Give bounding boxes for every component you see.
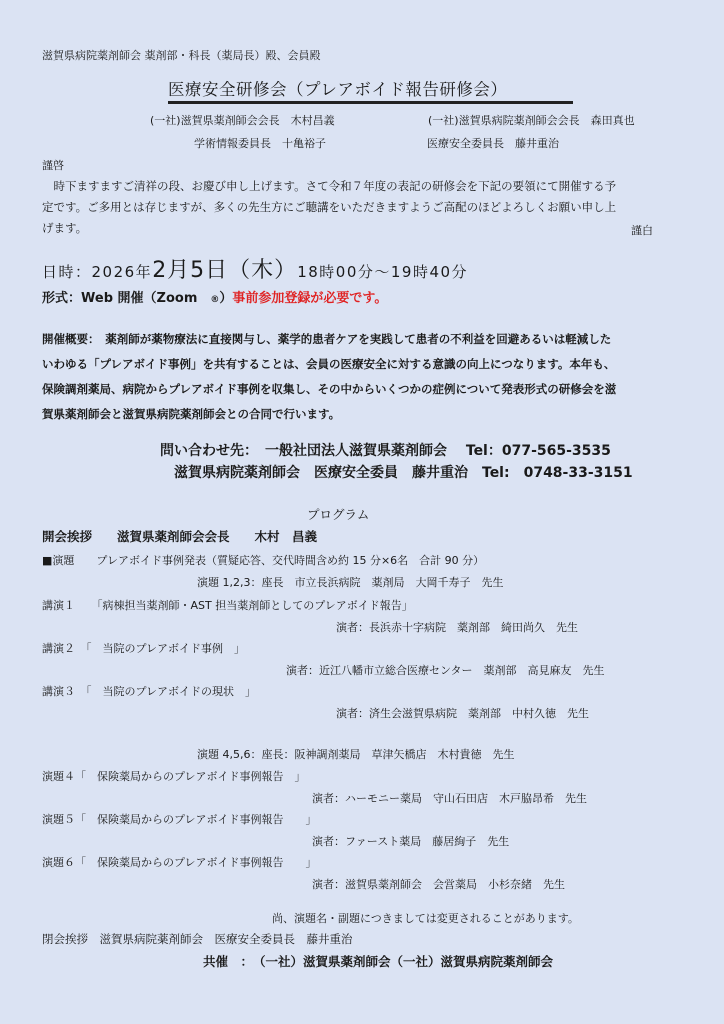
contact-line-1: 問い合わせ先： 一般社団法人滋賀県薬剤師会 Tel：077-565-3535 [160,440,611,460]
signer-right-1: (一社)滋賀県病院薬剤師会会長 森田真也 [428,112,635,128]
overview-line-4: 賀県薬剤師会と滋賀県病院薬剤師会との合同で行います。 [42,402,687,427]
talk-1-speaker: 演者：長浜赤十字病院 薬剤部 綺田尚久 先生 [336,619,578,635]
cohost-line: 共催 ： （一社）滋賀県薬剤師会（一社）滋賀県病院薬剤師会 [203,952,553,970]
chair-2: 演題 4,5,6：座長：阪神調剤薬局 草津矢橋店 木村貴徳 先生 [197,746,514,762]
talk-2-title: 講演２ 「 当院のプレアボイド事例 」 [42,640,245,656]
overview-section: 開催概要： 薬剤師が薬物療法に直接関与し、薬学的患者ケアを実践して患者の不利益を… [42,327,687,427]
letter-body-line-2: 定です。ご多用とは存じますが、多くの先生方にご聴講をいただきますようご高配のほど… [42,197,682,218]
format-label: 形式：Web 開催（Zoom [42,291,210,306]
talk-4-speaker: 演者：ハーモニー薬局 守山石田店 木戸脇昂希 先生 [312,790,587,806]
session-header: ■演題 プレアボイド事例発表（質疑応答、交代時間含め約 15 分×6名 合計 9… [42,552,484,568]
letter-body-line-3: げます。 [42,218,682,239]
overview-line-3: 保険調剤薬局、病院からプレアボイド事例を収集し、その中からいくつかの症例について… [42,377,687,402]
overview-line-2: いわゆる「プレアボイド事例」を共有することは、会員の医療安全に対する意識の向上に… [42,352,687,377]
registered-mark-icon: ® [210,295,219,305]
document-title: 医療安全研修会（プレアボイド報告研修会） [168,76,573,104]
program-heading: プログラム [307,505,369,523]
talk-6-title: 演題６「 保険薬局からのプレアボイド事例報告 」 [42,854,317,870]
letter-body: 時下ますますご清祥の段、お慶び申し上げます。さて令和７年度の表記の研修会を下記の… [42,176,682,239]
event-date: 日時：2026年2月5日（木）18時00分～19時40分 [42,253,468,284]
event-format: 形式：Web 開催（Zoom ®）事前参加登録が必要です。 [42,287,387,306]
talk-4-title: 演題４「 保険薬局からのプレアボイド事例報告 」 [42,768,306,784]
talk-5-title: 演題５「 保険薬局からのプレアボイド事例報告 」 [42,811,317,827]
chair-1: 演題 1,2,3：座長 市立長浜病院 薬剤局 大岡千寿子 先生 [197,574,503,590]
talk-5-speaker: 演者：ファースト薬局 藤居絢子 先生 [312,833,509,849]
date-label: 日時：2026年 [42,263,152,281]
letter-closing: 謹白 [631,222,653,238]
signer-right-2: 医療安全委員長 藤井重治 [427,135,559,151]
registration-notice: 事前参加登録が必要です。 [232,291,387,306]
format-close: ） [219,291,232,306]
signer-left-2: 学術情報委員長 十亀裕子 [194,135,326,151]
change-notice: 尚、演題名・副題につきましては変更されることがあります。 [272,910,579,926]
contact-line-2: 滋賀県病院薬剤師会 医療安全委員 藤井重治 Tel: 0748-33-3151 [174,462,633,482]
talk-6-speaker: 演者：滋賀県薬剤師会 会営薬局 小杉奈緒 先生 [312,876,565,892]
talk-3-title: 講演３ 「 当院のプレアボイドの現状 」 [42,683,256,699]
date-main: 2月5日（木） [152,258,297,283]
opening-remarks: 開会挨拶 滋賀県薬剤師会会長 木村 昌義 [42,527,317,545]
talk-2-speaker: 演者：近江八幡市立総合医療センター 薬剤部 高見麻友 先生 [286,662,605,678]
signer-left-1: (一社)滋賀県薬剤師会会長 木村昌義 [150,112,335,128]
event-time: 18時00分～19時40分 [297,263,468,281]
talk-1-title: 講演１ 「病棟担当薬剤師・AST 担当薬剤師としてのプレアボイド報告」 [42,597,413,613]
recipient-line: 滋賀県病院薬剤師会 薬剤部・科長（薬局長）殿、会員殿 [42,47,321,63]
letter-body-line-1: 時下ますますご清祥の段、お慶び申し上げます。さて令和７年度の表記の研修会を下記の… [42,176,682,197]
talk-3-speaker: 演者：済生会滋賀県病院 薬剤部 中村久徳 先生 [336,705,589,721]
letter-opening: 謹啓 [42,157,64,173]
closing-remarks: 閉会挨拶 滋賀県病院薬剤師会 医療安全委員長 藤井重治 [42,931,353,947]
overview-line-1: 開催概要： 薬剤師が薬物療法に直接関与し、薬学的患者ケアを実践して患者の不利益を… [42,327,687,352]
